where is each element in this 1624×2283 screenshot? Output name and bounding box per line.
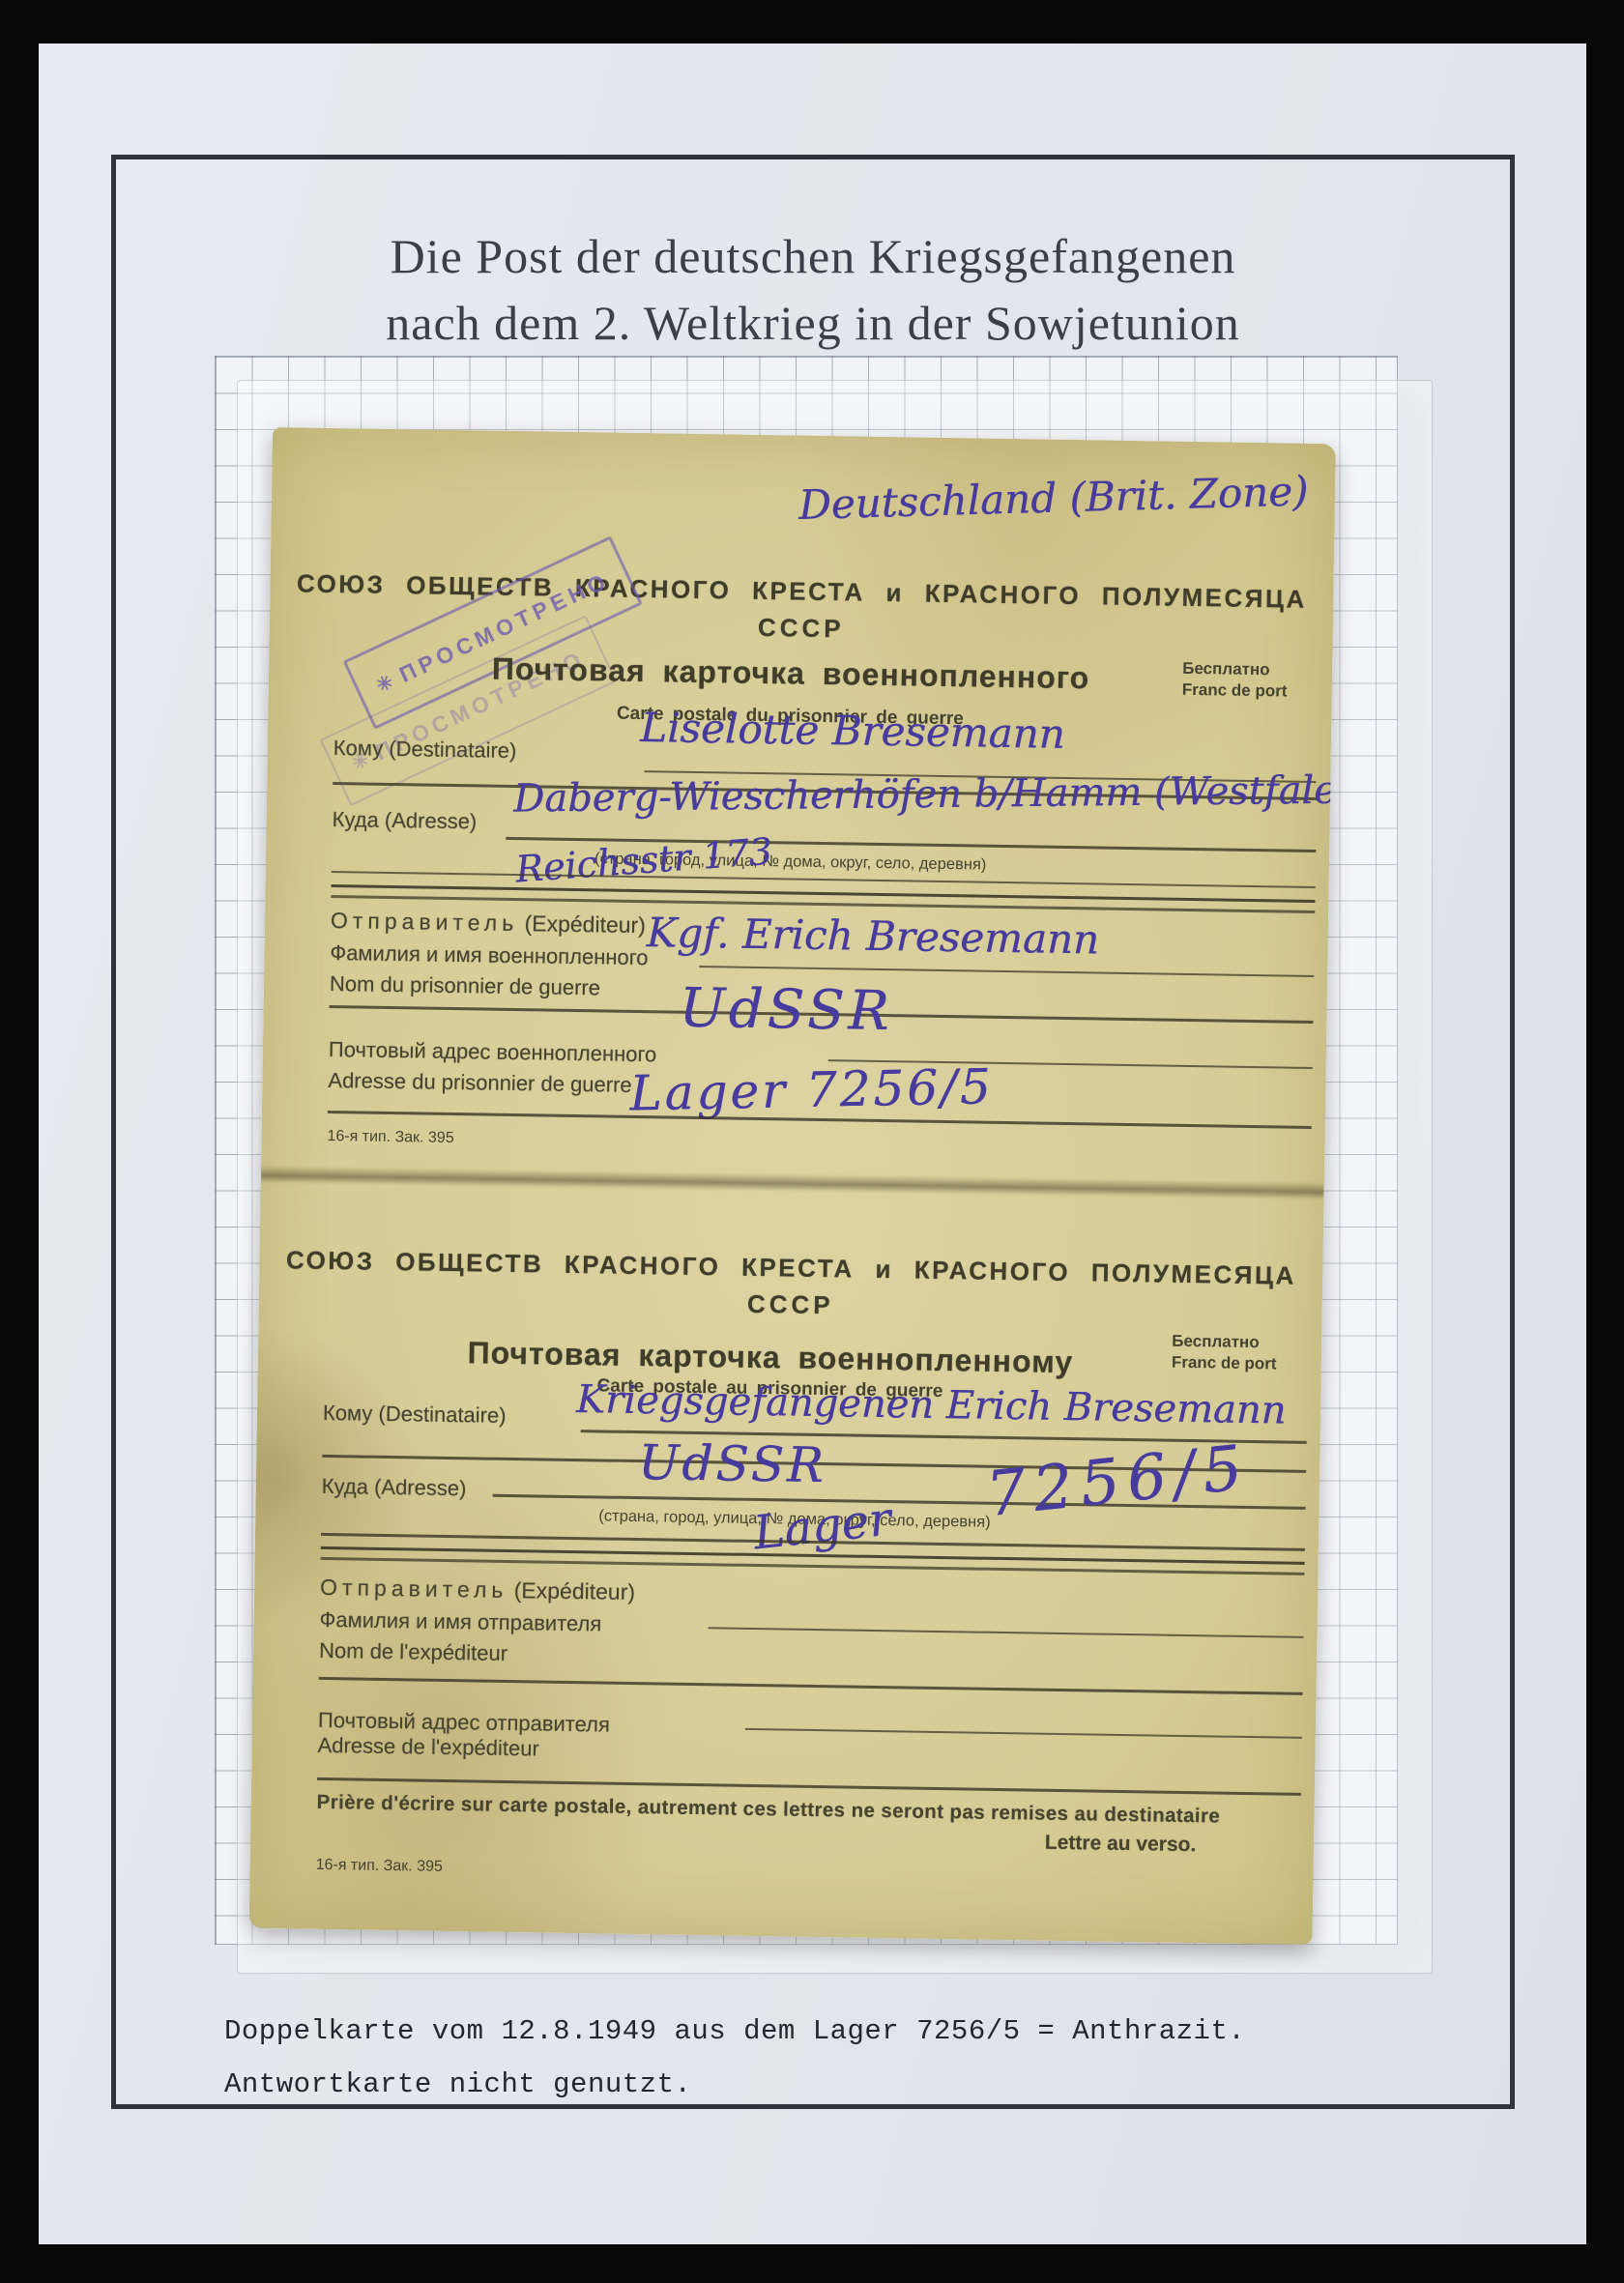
to-value-bottom: Kriegsgefangenen Erich Bresemann <box>576 1377 1287 1433</box>
postage-free-fr-bottom: Franc de port <box>1172 1352 1277 1375</box>
address-value1-bottom: UdSSR <box>638 1434 826 1493</box>
print-imprint-bottom: 16-я тип. Зак. 395 <box>315 1857 442 1876</box>
pow-address-value1: UdSSR <box>679 977 893 1043</box>
to-value-top: Liselotte Bresemann <box>640 704 1065 758</box>
sender-name-label-fr-bottom: Nom de l'expéditeur <box>319 1638 507 1666</box>
postage-free-fr: Franc de port <box>1182 679 1288 703</box>
pow-address-label-ru: Почтовый адрес военнопленного <box>329 1037 657 1067</box>
camp-value-word-bottom: Lager <box>751 1492 894 1561</box>
writing-line <box>332 871 1316 888</box>
page-title-line2: nach dem 2. Weltkrieg in der Sowjetunion <box>116 290 1510 357</box>
fold-crease <box>261 1166 1324 1199</box>
pow-name-label-ru: Фамилия и имя военнопленного <box>330 940 648 970</box>
pow-double-postcard: Deutschland (Brit. Zone) СОЮЗ ОБЩЕСТВ КР… <box>249 427 1336 1945</box>
address-label-top: Куда (Adresse) <box>332 807 477 834</box>
sender-label-ru: Отправитель <box>331 908 519 936</box>
writing-line <box>745 1728 1302 1739</box>
sender-label-bottom: Отправитель (Expéditeur) <box>320 1575 635 1605</box>
censor-stamp-star-icon: ✳ <box>372 669 397 698</box>
to-label-bottom: Кому (Destinataire) <box>323 1401 507 1429</box>
handwritten-country-annotation: Deutschland (Brit. Zone) <box>797 467 1309 529</box>
postage-free-note-bottom: Бесплатно Franc de port <box>1172 1331 1277 1375</box>
pow-address-label-fr: Adresse du prisonnier de guerre <box>328 1068 632 1098</box>
sender-label-ru-bottom: Отправитель <box>320 1575 508 1603</box>
sender-label-fr-bottom: (Expéditeur) <box>514 1577 636 1604</box>
postage-free-ru-bottom: Бесплатно <box>1172 1331 1277 1354</box>
print-imprint-top: 16-я тип. Зак. 395 <box>327 1128 453 1147</box>
letter-verso-note: Lettre au verso. <box>927 1830 1314 1859</box>
pow-name-label-fr: Nom du prisonnier de guerre <box>330 971 600 1000</box>
caption-line1: Doppelkarte vom 12.8.1949 aus dem Lager … <box>224 2015 1245 2047</box>
to-label-top: Кому (Destinataire) <box>333 736 517 764</box>
collector-caption: Doppelkarte vom 12.8.1949 aus dem Lager … <box>224 2015 1245 2122</box>
page-title-line1: Die Post der deutschen Kriegsgefangenen <box>116 223 1510 290</box>
writing-line <box>709 1627 1304 1638</box>
postcard-only-note: Prière d'écrire sur carte postale, autre… <box>316 1791 1220 1829</box>
address-value-top: Daberg-Wiescherhöfen b/Hamm (Westfalen) <box>513 767 1336 821</box>
postage-free-ru: Бесплатно <box>1182 658 1288 681</box>
pow-name-value: Kgf. Erich Bresemann <box>646 909 1099 963</box>
address-label-bottom: Куда (Adresse) <box>322 1474 467 1501</box>
camp-value-number-bottom: 7256/5 <box>983 1432 1253 1532</box>
album-page: Die Post der deutschen Kriegsgefangenen … <box>39 43 1586 2244</box>
pow-address-value2: Lager 7256/5 <box>629 1058 994 1121</box>
writing-line <box>699 966 1314 977</box>
sender-label-fr: (Expéditeur) <box>524 910 646 938</box>
sender-name-label-ru-bottom: Фамилия и имя отправителя <box>319 1607 601 1637</box>
postage-free-note-top: Бесплатно Franc de port <box>1182 658 1288 703</box>
sender-label-top: Отправитель (Expéditeur) <box>331 908 646 939</box>
caption-line2: Antwortkarte nicht genutzt. <box>224 2068 1245 2100</box>
sender-address-label-fr-bottom: Adresse de l'expéditeur <box>317 1733 539 1762</box>
writing-line <box>319 1677 1303 1695</box>
page-title: Die Post der deutschen Kriegsgefangenen … <box>116 223 1510 357</box>
